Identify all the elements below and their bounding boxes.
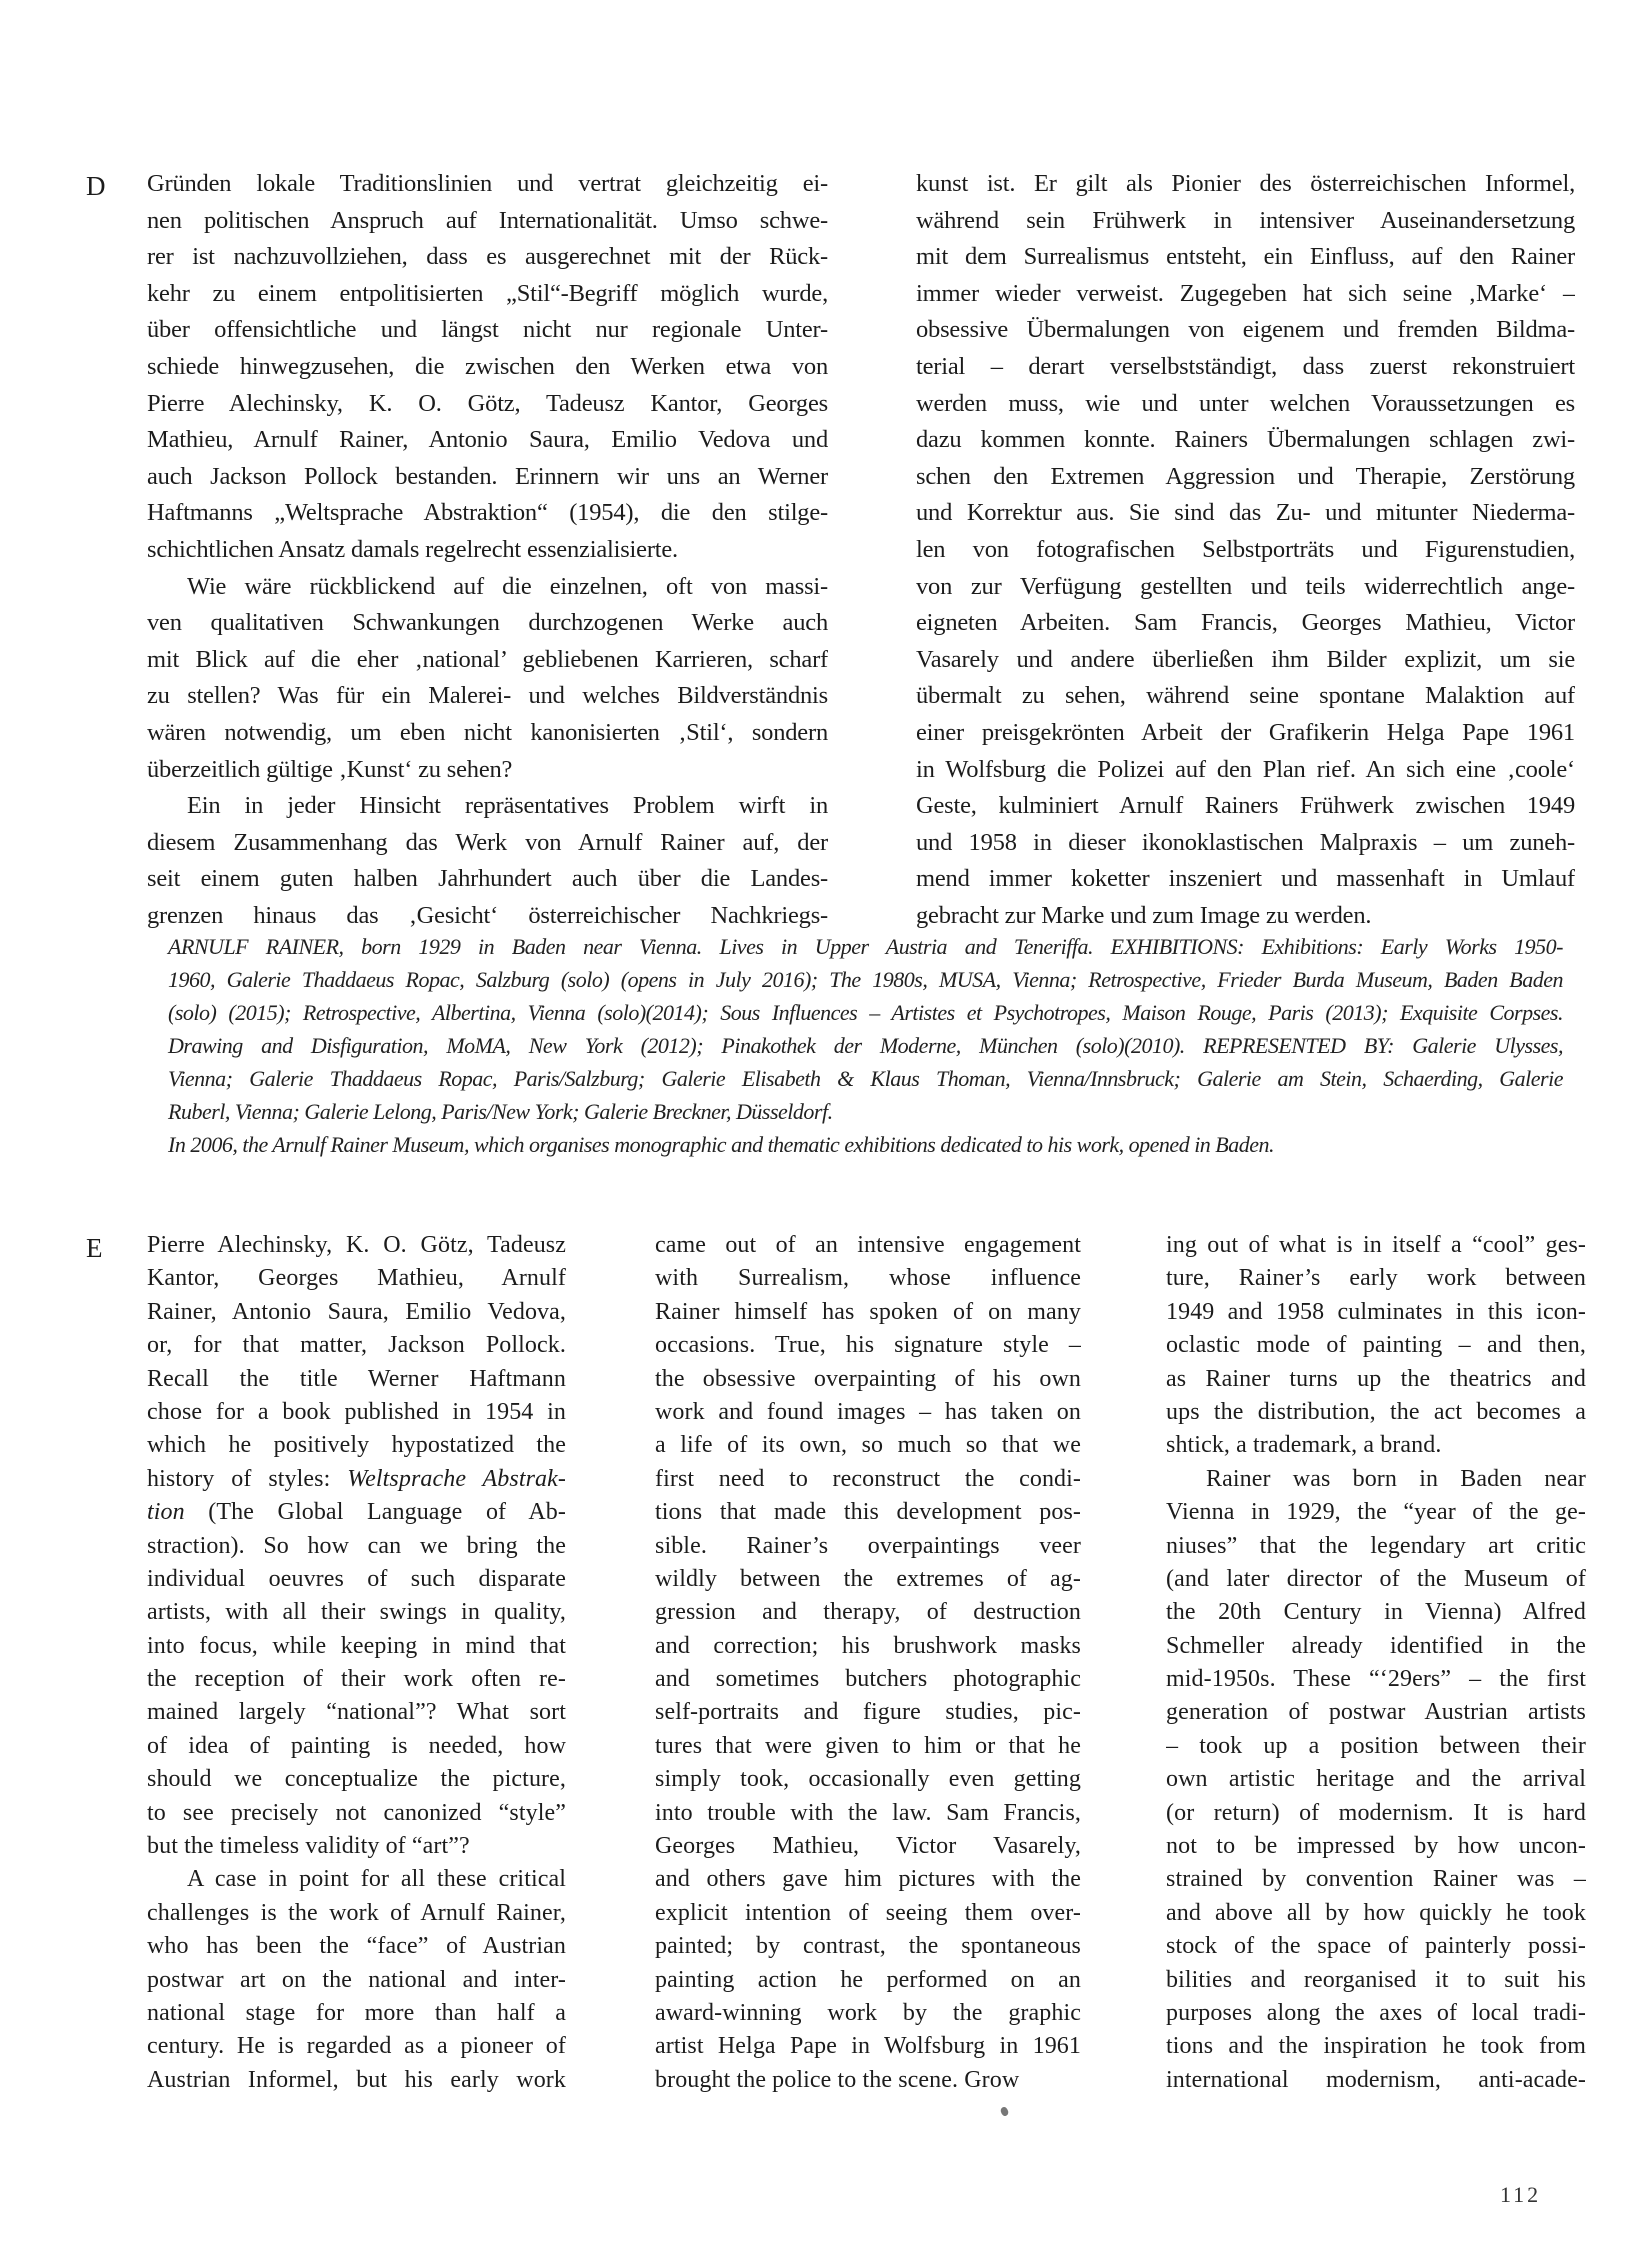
text-line: and sometimes butchers photographic bbox=[655, 1663, 1081, 1696]
text-line: artist Helga Pape in Wolfsburg in 1961 bbox=[655, 2030, 1081, 2063]
text-line: national stage for more than half a bbox=[147, 1997, 566, 2030]
text-line: gression and therapy, of destruction bbox=[655, 1596, 1081, 1629]
text-line: Vienna in 1929, the “year of the ge- bbox=[1166, 1496, 1586, 1529]
text-line: diesem Zusammenhang das Werk von Arnulf … bbox=[147, 825, 828, 862]
text-line: with Surrealism, whose influence bbox=[655, 1262, 1081, 1295]
text-line: übermalt zu sehen, während seine spontan… bbox=[916, 678, 1575, 715]
text-line: dazu kommen konnte. Rainers Übermalungen… bbox=[916, 422, 1575, 459]
text-run: (The Global Language of Ab- bbox=[185, 1499, 566, 1525]
text-line: Rainer was born in Baden near bbox=[1166, 1463, 1586, 1496]
text-line: Ein in jeder Hinsicht repräsentatives Pr… bbox=[147, 788, 828, 825]
english-column-2: came out of an intensive engagementwith … bbox=[655, 1229, 1081, 2097]
text-line: and above all by how quickly he took bbox=[1166, 1897, 1586, 1930]
text-line: mit Blick auf die eher ‚national’ geblie… bbox=[147, 642, 828, 679]
text-line: stock of the space of painterly possi- bbox=[1166, 1930, 1586, 1963]
text-line: a life of its own, so much so that we bbox=[655, 1429, 1081, 1462]
text-line: Pierre Alechinsky, K. O. Götz, Tadeusz K… bbox=[147, 386, 828, 423]
text-line: or, for that matter, Jackson Pollock. bbox=[147, 1329, 566, 1362]
text-line: Drawing and Disfiguration, MoMA, New Yor… bbox=[168, 1029, 1563, 1062]
text-line: mid-1950s. These “‘29ers” – the first bbox=[1166, 1663, 1586, 1696]
text-line: not to be impressed by how uncon- bbox=[1166, 1830, 1586, 1863]
english-column-3: ing out of what is in itself a “cool” ge… bbox=[1166, 1229, 1586, 2097]
text-line: history of styles: Weltsprache Abstrak- bbox=[147, 1463, 566, 1496]
text-line: simply took, occasionally even getting bbox=[655, 1763, 1081, 1796]
text-line: ture, Rainer’s early work between bbox=[1166, 1262, 1586, 1295]
text-line: Vienna; Galerie Thaddaeus Ropac, Paris/S… bbox=[168, 1062, 1563, 1095]
text-line: brought the police to the scene. Grow bbox=[655, 2064, 1081, 2097]
text-line: first need to reconstruct the condi- bbox=[655, 1463, 1081, 1496]
text-line: kunst ist. Er gilt als Pionier des öster… bbox=[916, 166, 1575, 203]
text-line: In 2006, the Arnulf Rainer Museum, which… bbox=[168, 1128, 1563, 1161]
text-line: 1960, Galerie Thaddaeus Ropac, Salzburg … bbox=[168, 963, 1563, 996]
text-line: terial – derart verselbstständigt, dass … bbox=[916, 349, 1575, 386]
text-line: tion (The Global Language of Ab- bbox=[147, 1496, 566, 1529]
text-line: schiede hinwegzusehen, die zwischen den … bbox=[147, 349, 828, 386]
text-line: to see precisely not canonized “style” bbox=[147, 1797, 566, 1830]
italic-title: tion bbox=[147, 1499, 185, 1525]
text-line: ARNULF RAINER, born 1929 in Baden near V… bbox=[168, 930, 1563, 963]
text-line: ups the distribution, the act becomes a bbox=[1166, 1396, 1586, 1429]
text-line: century. He is regarded as a pioneer of bbox=[147, 2030, 566, 2063]
text-line: seit einem guten halben Jahrhundert auch… bbox=[147, 861, 828, 898]
text-line: work and found images – has taken on bbox=[655, 1396, 1081, 1429]
text-line: the 20th Century in Vienna) Alfred bbox=[1166, 1596, 1586, 1629]
text-line: bilities and reorganised it to suit his bbox=[1166, 1964, 1586, 1997]
english-column-1: Pierre Alechinsky, K. O. Götz, TadeuszKa… bbox=[147, 1229, 566, 2097]
text-line: grenzen hinaus das ‚Gesicht‘ österreichi… bbox=[147, 898, 828, 935]
text-line: Haftmanns „Weltsprache Abstraktion“ (195… bbox=[147, 495, 828, 532]
text-line: und 1958 in dieser ikonoklastischen Malp… bbox=[916, 825, 1575, 862]
text-line: came out of an intensive engagement bbox=[655, 1229, 1081, 1262]
text-line: len von fotografischen Selbstporträts un… bbox=[916, 532, 1575, 569]
text-line: but the timeless validity of “art”? bbox=[147, 1830, 566, 1863]
text-line: of idea of painting is needed, how bbox=[147, 1730, 566, 1763]
german-column-2: kunst ist. Er gilt als Pionier des öster… bbox=[916, 166, 1575, 934]
text-line: auch Jackson Pollock bestanden. Erinnern… bbox=[147, 459, 828, 496]
text-line: zu stellen? Was für ein Malerei- und wel… bbox=[147, 678, 828, 715]
text-line: nen politischen Anspruch auf Internation… bbox=[147, 203, 828, 240]
text-line: and others gave him pictures with the bbox=[655, 1863, 1081, 1896]
text-line: Recall the title Werner Haftmann bbox=[147, 1363, 566, 1396]
text-line: should we conceptualize the picture, bbox=[147, 1763, 566, 1796]
text-line: mend immer koketter inszeniert und masse… bbox=[916, 861, 1575, 898]
text-line: occasions. True, his signature style – bbox=[655, 1329, 1081, 1362]
text-line: straction). So how can we bring the bbox=[147, 1530, 566, 1563]
ink-speck bbox=[999, 2106, 1010, 2117]
text-line: Georges Mathieu, Victor Vasarely, bbox=[655, 1830, 1081, 1863]
text-line: niuses” that the legendary art critic bbox=[1166, 1530, 1586, 1563]
text-line: the reception of their work often re- bbox=[147, 1663, 566, 1696]
text-line: Gründen lokale Traditionslinien und vert… bbox=[147, 166, 828, 203]
text-line: own artistic heritage and the arrival bbox=[1166, 1763, 1586, 1796]
text-line: challenges is the work of Arnulf Rainer, bbox=[147, 1897, 566, 1930]
text-line: the obsessive overpainting of his own bbox=[655, 1363, 1081, 1396]
text-line: shtick, a trademark, a brand. bbox=[1166, 1429, 1586, 1462]
text-line: über offensichtliche und längst nicht nu… bbox=[147, 312, 828, 349]
text-line: mained largely “national”? What sort bbox=[147, 1696, 566, 1729]
text-line: ven qualitativen Schwankungen durchzogen… bbox=[147, 605, 828, 642]
text-line: während sein Frühwerk in intensiver Ause… bbox=[916, 203, 1575, 240]
text-line: Wie wäre rückblickend auf die einzelnen,… bbox=[147, 569, 828, 606]
text-line: (solo) (2015); Retrospective, Albertina,… bbox=[168, 996, 1563, 1029]
text-line: and correction; his brushwork masks bbox=[655, 1630, 1081, 1663]
text-line: Kantor, Georges Mathieu, Arnulf bbox=[147, 1262, 566, 1295]
text-line: gebracht zur Marke und zum Image zu werd… bbox=[916, 898, 1575, 935]
text-line: 1949 and 1958 culminates in this icon- bbox=[1166, 1296, 1586, 1329]
text-line: Rainer, Antonio Saura, Emilio Vedova, bbox=[147, 1296, 566, 1329]
text-line: Schmeller already identified in the bbox=[1166, 1630, 1586, 1663]
text-line: explicit intention of seeing them over- bbox=[655, 1897, 1081, 1930]
text-line: Austrian Informel, but his early work bbox=[147, 2064, 566, 2097]
text-line: Rainer himself has spoken of on many bbox=[655, 1296, 1081, 1329]
text-line: strained by convention Rainer was – bbox=[1166, 1863, 1586, 1896]
text-line: painting action he performed on an bbox=[655, 1964, 1081, 1997]
text-line: Mathieu, Arnulf Rainer, Antonio Saura, E… bbox=[147, 422, 828, 459]
text-line: into focus, while keeping in mind that bbox=[147, 1630, 566, 1663]
text-line: immer wieder verweist. Zugegeben hat sic… bbox=[916, 276, 1575, 313]
text-line: (and later director of the Museum of bbox=[1166, 1563, 1586, 1596]
text-line: tures that were given to him or that he bbox=[655, 1730, 1081, 1763]
text-line: Vasarely und andere überließen ihm Bilde… bbox=[916, 642, 1575, 679]
text-line: tions that made this development pos- bbox=[655, 1496, 1081, 1529]
text-line: award-winning work by the graphic bbox=[655, 1997, 1081, 2030]
text-line: schen den Extremen Aggression und Therap… bbox=[916, 459, 1575, 496]
text-line: rer ist nachzuvollziehen, dass es ausger… bbox=[147, 239, 828, 276]
text-line: ing out of what is in itself a “cool” ge… bbox=[1166, 1229, 1586, 1262]
text-line: schichtlichen Ansatz damals regelrecht e… bbox=[147, 532, 828, 569]
text-line: obsessive Übermalungen von eigenem und f… bbox=[916, 312, 1575, 349]
text-line: einer preisgekrönten Arbeit der Grafiker… bbox=[916, 715, 1575, 752]
text-line: werden muss, wie und unter welchen Vorau… bbox=[916, 386, 1575, 423]
text-run: history of styles: bbox=[147, 1466, 347, 1492]
text-line: (or return) of modernism. It is hard bbox=[1166, 1797, 1586, 1830]
text-line: postwar art on the national and inter- bbox=[147, 1964, 566, 1997]
german-column-1: Gründen lokale Traditionslinien und vert… bbox=[147, 166, 828, 934]
text-line: painted; by contrast, the spontaneous bbox=[655, 1930, 1081, 1963]
text-line: tions and the inspiration he took from bbox=[1166, 2030, 1586, 2063]
text-line: überzeitlich gültige ‚Kunst‘ zu sehen? bbox=[147, 752, 828, 789]
text-line: mit dem Surrealismus entsteht, ein Einfl… bbox=[916, 239, 1575, 276]
text-line: who has been the “face” of Austrian bbox=[147, 1930, 566, 1963]
text-line: A case in point for all these critical bbox=[147, 1863, 566, 1896]
text-line: chose for a book published in 1954 in bbox=[147, 1396, 566, 1429]
text-line: wären notwendig, um eben nicht kanonisie… bbox=[147, 715, 828, 752]
text-line: in Wolfsburg die Polizei auf den Plan ri… bbox=[916, 752, 1575, 789]
text-line: wildly between the extremes of ag- bbox=[655, 1563, 1081, 1596]
text-line: artists, with all their swings in qualit… bbox=[147, 1596, 566, 1629]
text-line: Pierre Alechinsky, K. O. Götz, Tadeusz bbox=[147, 1229, 566, 1262]
english-language-label: E bbox=[86, 1230, 103, 1266]
artist-biography: ARNULF RAINER, born 1929 in Baden near V… bbox=[168, 930, 1563, 1161]
text-line: oclastic mode of painting – and then, bbox=[1166, 1329, 1586, 1362]
italic-title: Weltsprache Abstrak- bbox=[347, 1466, 566, 1492]
text-line: und Korrektur aus. Sie sind das Zu- und … bbox=[916, 495, 1575, 532]
text-line: self-portraits and figure studies, pic- bbox=[655, 1696, 1081, 1729]
text-line: individual oeuvres of such disparate bbox=[147, 1563, 566, 1596]
text-line: von zur Verfügung gestellten und teils w… bbox=[916, 569, 1575, 606]
text-line: sible. Rainer’s overpaintings veer bbox=[655, 1530, 1081, 1563]
text-line: generation of postwar Austrian artists bbox=[1166, 1696, 1586, 1729]
text-line: into trouble with the law. Sam Francis, bbox=[655, 1797, 1081, 1830]
text-line: kehr zu einem entpolitisierten „Stil“-Be… bbox=[147, 276, 828, 313]
text-line: eigneten Arbeiten. Sam Francis, Georges … bbox=[916, 605, 1575, 642]
text-line: – took up a position between their bbox=[1166, 1730, 1586, 1763]
text-line: which he positively hypostatized the bbox=[147, 1429, 566, 1462]
text-line: Ruberl, Vienna; Galerie Lelong, Paris/Ne… bbox=[168, 1095, 1563, 1128]
page-number: 112 bbox=[1500, 2182, 1541, 2208]
german-language-label: D bbox=[86, 168, 106, 204]
text-line: purposes along the axes of local tradi- bbox=[1166, 1997, 1586, 2030]
text-line: as Rainer turns up the theatrics and bbox=[1166, 1363, 1586, 1396]
text-line: international modernism, anti-acade- bbox=[1166, 2064, 1586, 2097]
text-line: Geste, kulminiert Arnulf Rainers Frühwer… bbox=[916, 788, 1575, 825]
